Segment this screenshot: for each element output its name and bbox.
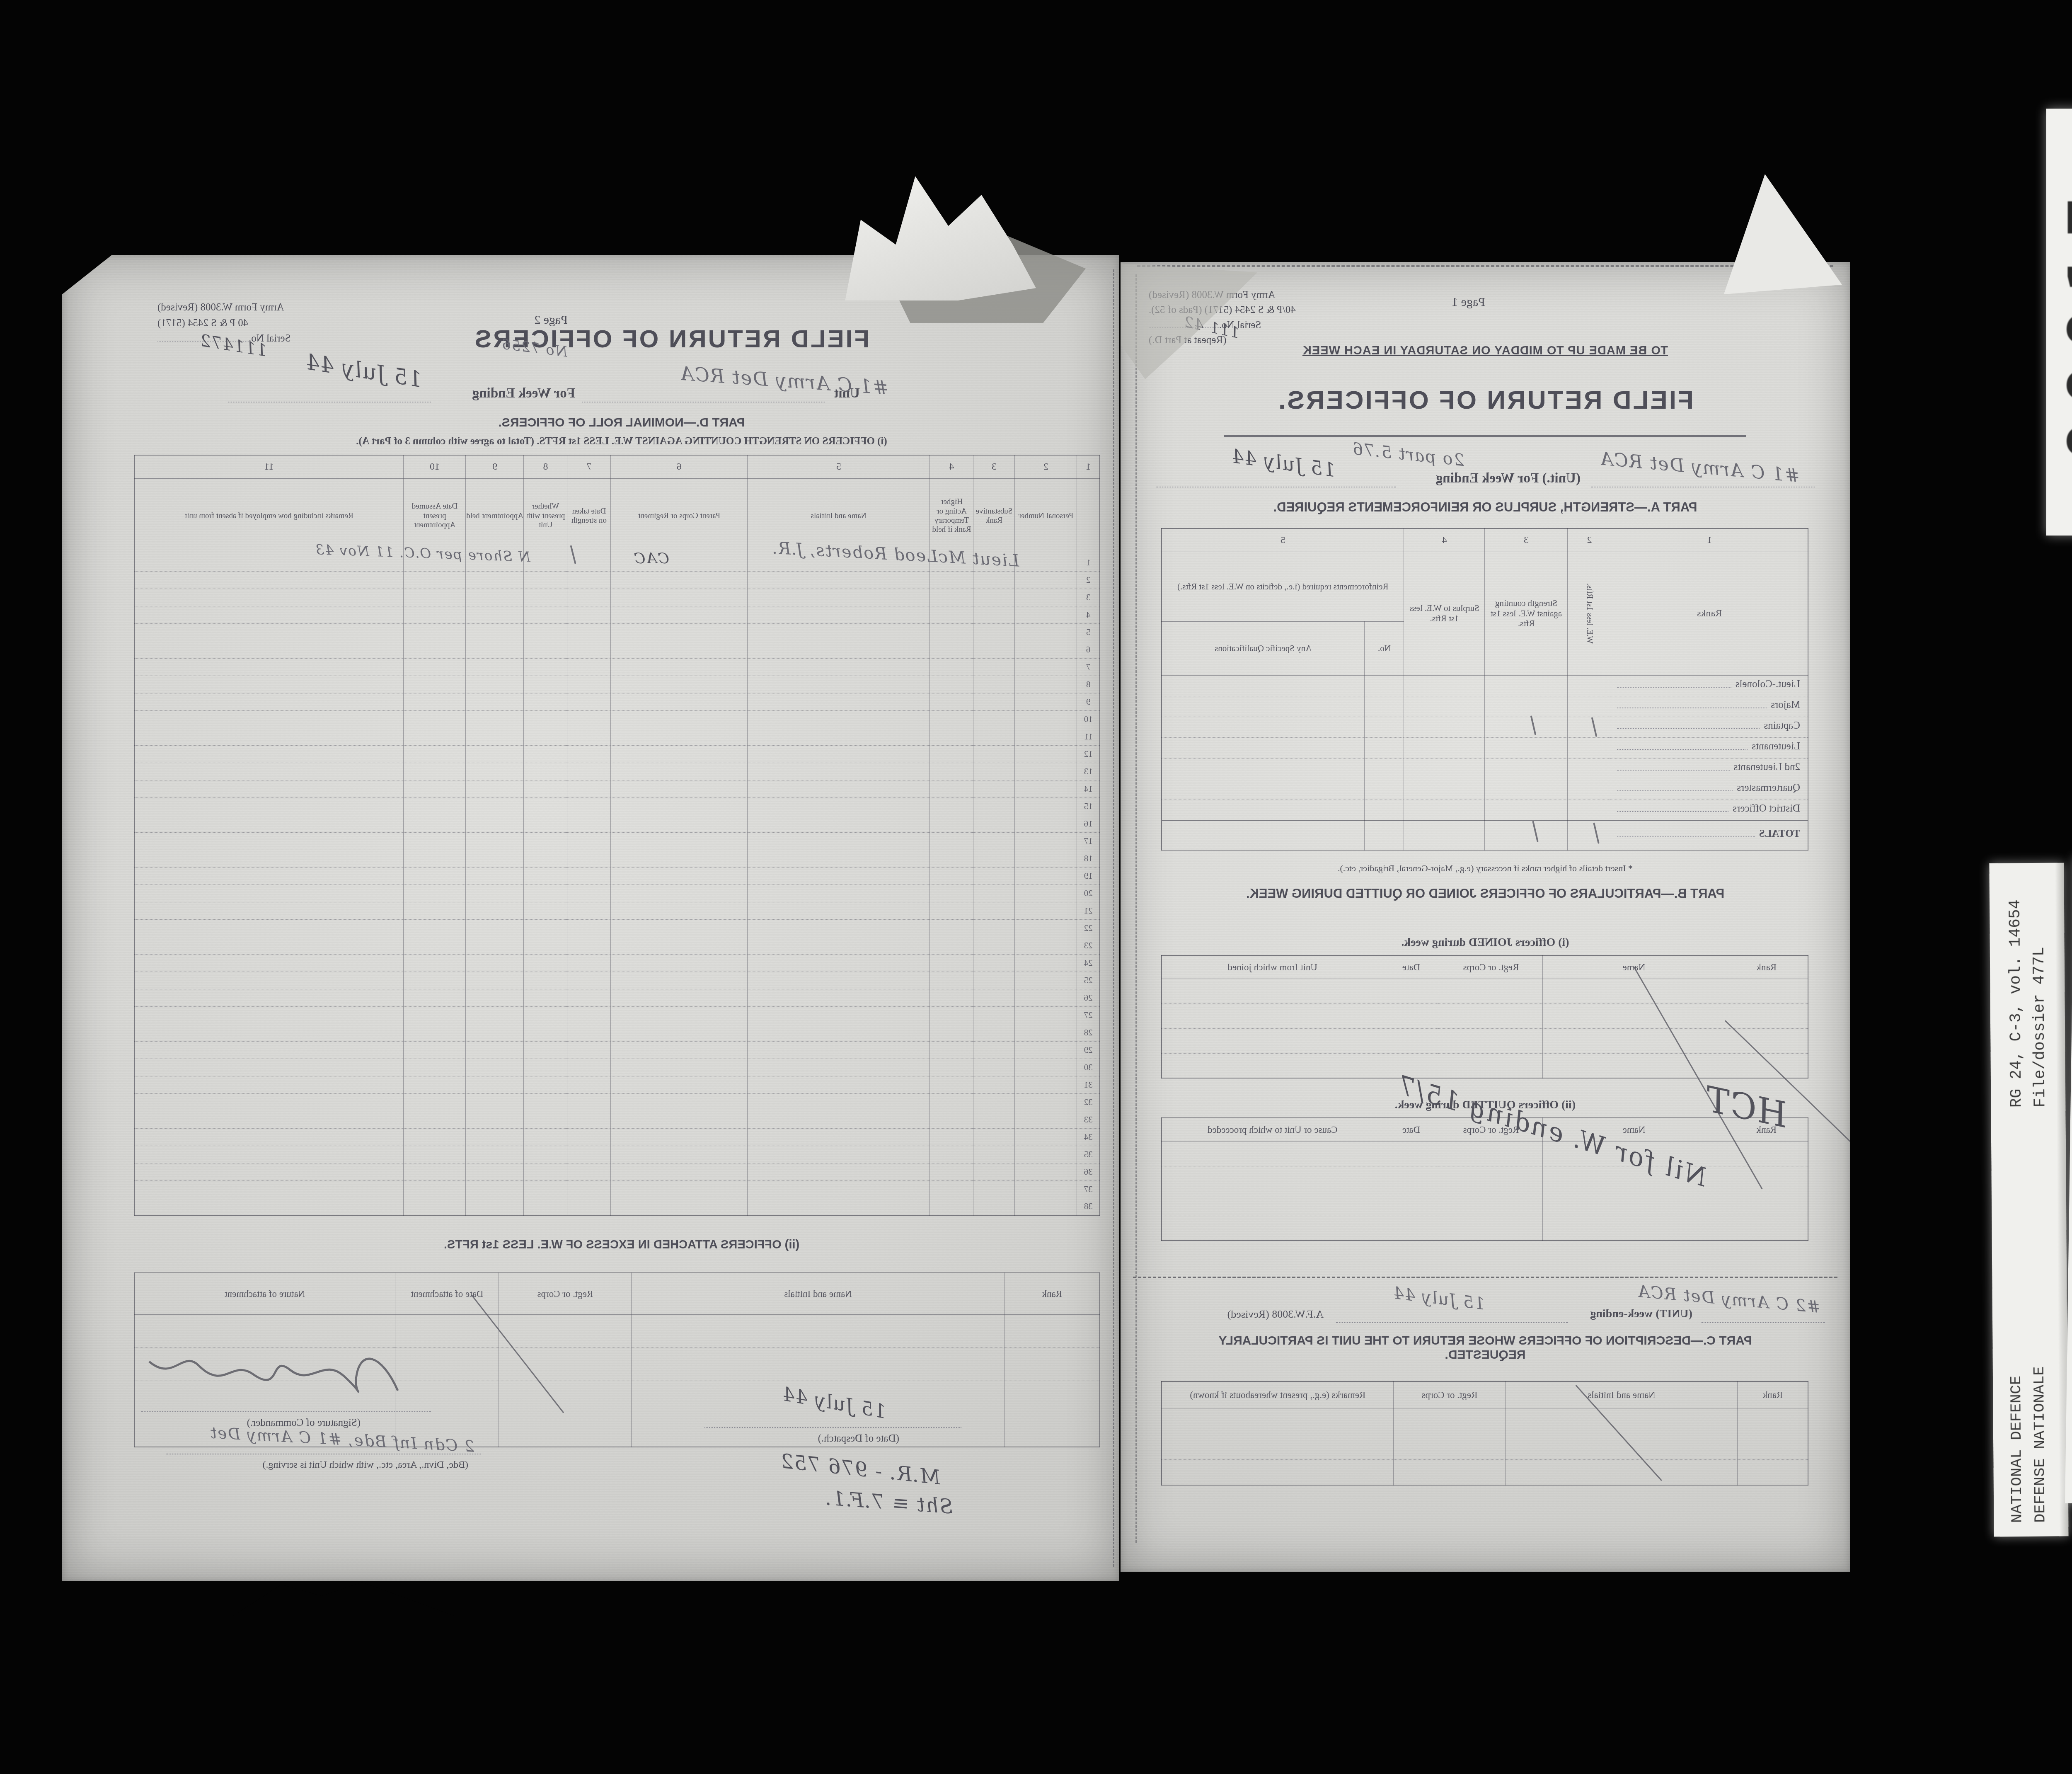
joined-empty-cell	[1439, 979, 1543, 1003]
joined-empty-cell	[1162, 1028, 1383, 1053]
partd-empty-cell	[567, 989, 611, 1006]
partd-empty-cell	[973, 1146, 1015, 1163]
partd-empty-cell	[134, 676, 404, 693]
partd-col-number: 7	[567, 455, 611, 478]
signature-dotted-line	[141, 1410, 431, 1412]
partd-empty-cell	[930, 1093, 973, 1111]
partd-row-number: 26	[1077, 989, 1100, 1006]
partd-empty-cell	[134, 745, 404, 763]
attached-header: Date of attachment	[395, 1273, 499, 1314]
partd-empty-cell	[567, 850, 611, 867]
partd-row-number: 3	[1077, 589, 1100, 606]
partd-empty-cell	[466, 780, 524, 797]
partc-empty-cell	[1506, 1408, 1738, 1434]
partd-empty-cell	[134, 937, 404, 954]
partd-col-number: 10	[404, 455, 466, 478]
partd-empty-cell	[466, 1180, 524, 1198]
parta-rank-label: Lieutenants	[1752, 741, 1800, 752]
partd-empty-cell	[1015, 1198, 1077, 1215]
partc-empty-cell	[1394, 1459, 1506, 1485]
partd-empty-cell	[930, 954, 973, 972]
partd-empty-cell	[404, 1059, 466, 1076]
partd-empty-cell	[748, 1076, 930, 1093]
partd-empty-cell	[404, 1146, 466, 1163]
partd-col-number: 9	[466, 455, 524, 478]
partd-empty-cell	[466, 658, 524, 676]
partd-empty-cell	[567, 1163, 611, 1180]
partd-empty-cell	[134, 1041, 404, 1059]
partd-empty-cell	[567, 589, 611, 606]
map-reference-handwriting: M.R. - 976 752	[779, 1449, 942, 1489]
partd-empty-cell	[524, 1146, 567, 1163]
partd-empty-cell	[134, 919, 404, 937]
parta-empty-cell	[1365, 675, 1404, 696]
partd-empty-cell	[524, 885, 567, 902]
partd-empty-cell	[404, 1024, 466, 1041]
partd-empty-cell	[404, 902, 466, 919]
parta-empty-cell	[1568, 737, 1611, 758]
partd-empty-cell	[404, 1198, 466, 1215]
partd-empty-cell	[930, 693, 973, 710]
parta-empty-cell	[1404, 737, 1485, 758]
partd-empty-cell	[748, 832, 930, 850]
formation-dotted-line	[166, 1453, 481, 1454]
partd-empty-cell	[404, 693, 466, 710]
partd-empty-cell	[973, 658, 1015, 676]
partd-empty-cell	[611, 989, 748, 1006]
parta-rank-cell: Majors	[1611, 696, 1808, 717]
partd-empty-cell	[567, 832, 611, 850]
quitted-empty-cell	[1162, 1166, 1383, 1191]
partd-empty-cell	[524, 919, 567, 937]
partd-empty-cell	[973, 972, 1015, 989]
partd-empty-cell	[748, 571, 930, 589]
partd-empty-cell	[466, 1059, 524, 1076]
partd-row-number: 17	[1077, 832, 1100, 850]
partd-empty-cell	[611, 1041, 748, 1059]
partd-empty-cell	[134, 1059, 404, 1076]
partd-row-number: 32	[1077, 1093, 1100, 1111]
partd-empty-cell	[930, 1024, 973, 1041]
partd-empty-cell	[611, 1146, 748, 1163]
partd-empty-cell	[524, 693, 567, 710]
parta-empty-cell	[1568, 717, 1611, 737]
part-a-heading: PART A.—STRENGTH, SURPLUS OR REINFORCEME…	[1154, 500, 1817, 515]
partd-empty-cell	[1015, 954, 1077, 972]
dossier-line: File/dossier 477L	[2027, 877, 2053, 1108]
partd-empty-cell	[973, 763, 1015, 780]
partd-empty-cell	[134, 885, 404, 902]
partd-empty-cell	[611, 676, 748, 693]
partd-empty-cell	[1015, 1163, 1077, 1180]
partd-empty-cell	[404, 832, 466, 850]
partd-empty-cell	[466, 850, 524, 867]
partd-empty-cell	[466, 885, 524, 902]
partd-empty-cell	[524, 1180, 567, 1198]
parta-header-no: No.	[1365, 621, 1404, 675]
partd-row-number: 27	[1077, 1006, 1100, 1024]
week-dotted-line	[1156, 486, 1396, 487]
partd-empty-cell	[1015, 989, 1077, 1006]
partd-empty-cell	[973, 1180, 1015, 1198]
attached-empty-cell	[1005, 1314, 1100, 1347]
partd-header: Whether present with Unit	[524, 478, 567, 554]
partd-empty-cell	[748, 1006, 930, 1024]
partd-empty-cell	[611, 1163, 748, 1180]
despatch-dotted-line	[704, 1426, 961, 1428]
partd-empty-cell	[466, 1198, 524, 1215]
partd-empty-cell	[930, 1163, 973, 1180]
partd-empty-cell	[1015, 867, 1077, 885]
partd-empty-cell	[404, 1180, 466, 1198]
partc-empty-cell	[1162, 1408, 1394, 1434]
partd-empty-cell	[466, 745, 524, 763]
parta-empty-cell	[1365, 717, 1404, 737]
partd-empty-cell	[1015, 1111, 1077, 1128]
partd-empty-cell	[524, 815, 567, 832]
partd-empty-cell	[1015, 623, 1077, 641]
parta-empty-cell	[1485, 696, 1568, 717]
joined-empty-cell	[1543, 979, 1725, 1003]
joined-empty-cell	[1383, 1003, 1439, 1028]
partd-row-number: 21	[1077, 902, 1100, 919]
partd-empty-cell	[404, 972, 466, 989]
partd-empty-cell	[973, 571, 1015, 589]
partc-empty-cell	[1394, 1434, 1506, 1459]
partc-header: Regt. or Corps	[1394, 1381, 1506, 1408]
partd-row-number: 14	[1077, 780, 1100, 797]
partd-empty-cell	[466, 867, 524, 885]
parta-header-strength: Strength counting against W.E. less 1st …	[1485, 552, 1568, 675]
form-page-1: Page 1 Army Form W.3008 (Revised) 40/P &…	[1121, 262, 1850, 1572]
partd-row-number: 35	[1077, 1146, 1100, 1163]
partc-empty-cell	[1162, 1459, 1394, 1485]
partd-empty-cell	[1015, 658, 1077, 676]
partd-empty-cell	[748, 1163, 930, 1180]
parta-empty-cell	[1485, 717, 1568, 737]
partd-empty-cell	[404, 797, 466, 815]
attached-header: Name and Initials	[632, 1273, 1005, 1314]
partd-empty-cell	[611, 780, 748, 797]
part-d-table: 1234567891011Personal NumberSubstantive …	[134, 455, 1100, 1216]
partd-empty-cell	[973, 867, 1015, 885]
partd-row-number: 7	[1077, 658, 1100, 676]
partd-empty-cell	[748, 693, 930, 710]
partd-empty-cell	[134, 641, 404, 658]
partd-empty-cell	[404, 1006, 466, 1024]
partd-empty-cell	[1015, 589, 1077, 606]
quitted-empty-cell	[1725, 1216, 1808, 1241]
partc-empty-cell	[1506, 1459, 1738, 1485]
page2-form-ref: Army Form W.3008 (Revised)	[157, 300, 290, 315]
partd-empty-cell	[524, 1024, 567, 1041]
partd-empty-cell	[567, 954, 611, 972]
partd-empty-cell	[404, 850, 466, 867]
partd-empty-cell	[524, 1076, 567, 1093]
partd-empty-cell	[466, 1146, 524, 1163]
partd-empty-cell	[1015, 1076, 1077, 1093]
partd-empty-cell	[748, 867, 930, 885]
partd-empty-cell	[973, 885, 1015, 902]
parta-empty-cell	[1485, 737, 1568, 758]
parta-empty-cell	[1568, 779, 1611, 800]
partd-header: Higher Acting or Temporary Rank if held	[930, 478, 973, 554]
partd-empty-cell	[567, 1111, 611, 1128]
torn-paper-flap	[841, 176, 1036, 301]
partc-empty-cell	[1738, 1459, 1808, 1485]
partd-empty-cell	[524, 745, 567, 763]
rg-line: RG 24, C-3, vol. 14654	[2004, 877, 2029, 1108]
partd-empty-cell	[930, 571, 973, 589]
parta-col-number: 4	[1404, 528, 1485, 552]
partd-empty-cell	[611, 867, 748, 885]
partd-empty-cell	[404, 1093, 466, 1111]
parta-empty-cell	[1162, 800, 1365, 820]
partd-empty-cell	[404, 954, 466, 972]
parta-empty-cell	[1365, 737, 1404, 758]
partd-empty-cell	[404, 937, 466, 954]
parta-empty-cell	[1162, 675, 1365, 696]
partd-row-number: 9	[1077, 693, 1100, 710]
quitted-empty-cell	[1439, 1166, 1543, 1191]
partd-empty-cell	[567, 728, 611, 745]
partd-empty-cell	[524, 710, 567, 728]
partd-empty-cell	[524, 728, 567, 745]
parta-empty-cell	[1404, 779, 1485, 800]
parta-rank-label: 2nd Lieutenants	[1734, 761, 1800, 773]
attached-empty-cell	[1005, 1381, 1100, 1414]
partd-empty-cell	[973, 937, 1015, 954]
partd-empty-cell	[930, 658, 973, 676]
joined-empty-cell	[1439, 1003, 1543, 1028]
partd-empty-cell	[1015, 1180, 1077, 1198]
partd-empty-cell	[930, 1180, 973, 1198]
partd-empty-cell	[567, 745, 611, 763]
partd-empty-cell	[611, 1093, 748, 1111]
map-sheet-handwriting: Sht ≡ 7.F.1.	[824, 1486, 954, 1519]
partd-empty-cell	[524, 780, 567, 797]
partd-empty-cell	[611, 658, 748, 676]
despatch-label: (Date of Despatch.)	[818, 1433, 899, 1444]
parta-empty-cell	[1485, 800, 1568, 820]
partd-empty-cell	[404, 676, 466, 693]
partd-empty-cell	[567, 623, 611, 641]
partd-empty-cell	[748, 1093, 930, 1111]
partd-empty-cell	[134, 850, 404, 867]
partd-empty-cell	[134, 832, 404, 850]
quitted-empty-cell	[1439, 1216, 1543, 1241]
officers-joined-label: (i) Officers JOINED during week.	[1174, 936, 1796, 949]
partd-header: Personal Number	[1015, 478, 1077, 554]
partd-empty-cell	[567, 1198, 611, 1215]
partd-empty-cell	[567, 919, 611, 937]
partd-empty-cell	[524, 972, 567, 989]
partd-header: Parent Corps or Regiment	[611, 478, 748, 554]
partd-empty-cell	[134, 972, 404, 989]
partd-row-number: 37	[1077, 1180, 1100, 1198]
partd-empty-cell	[466, 676, 524, 693]
joined-empty-cell	[1162, 979, 1383, 1003]
week-line-form-ref: A.F.W.3008 (Revised)	[1227, 1308, 1324, 1321]
joined-empty-cell	[1162, 1003, 1383, 1028]
partd-empty-cell	[973, 1076, 1015, 1093]
joined-empty-cell	[1439, 1028, 1543, 1053]
partd-empty-cell	[567, 937, 611, 954]
partd-empty-cell	[1015, 641, 1077, 658]
partd-empty-cell	[611, 693, 748, 710]
partd-empty-cell	[466, 693, 524, 710]
partd-empty-cell	[748, 780, 930, 797]
partd-empty-cell	[748, 589, 930, 606]
partd-row-number: 4	[1077, 606, 1100, 623]
partd-empty-cell	[930, 867, 973, 885]
parta-empty-cell	[1485, 779, 1568, 800]
partd-empty-cell	[134, 1128, 404, 1146]
partd-empty-cell	[524, 1093, 567, 1111]
quitted-empty-cell	[1383, 1216, 1439, 1241]
partd-empty-cell	[134, 1093, 404, 1111]
partd-row-number: 33	[1077, 1111, 1100, 1128]
partd-empty-cell	[134, 606, 404, 623]
partd-empty-cell	[748, 850, 930, 867]
partd-empty-cell	[134, 710, 404, 728]
quitted-empty-cell	[1725, 1191, 1808, 1216]
partd-empty-cell	[134, 1076, 404, 1093]
partd-empty-cell	[748, 710, 930, 728]
partd-empty-cell	[611, 815, 748, 832]
partd-empty-cell	[524, 606, 567, 623]
partd-empty-cell	[748, 815, 930, 832]
joined-empty-cell	[1439, 1053, 1543, 1078]
partd-empty-cell	[748, 745, 930, 763]
partd-empty-cell	[567, 867, 611, 885]
partd-empty-cell	[973, 815, 1015, 832]
partd-empty-cell	[567, 1093, 611, 1111]
frame-counter-box: 00017	[2046, 109, 2072, 536]
partd-empty-cell	[1015, 571, 1077, 589]
partd-empty-cell	[611, 710, 748, 728]
partd-empty-cell	[611, 954, 748, 972]
attached-empty-cell	[499, 1314, 632, 1347]
quitted-empty-cell	[1383, 1191, 1439, 1216]
attached-empty-cell	[499, 1381, 632, 1414]
partd-row-number: 25	[1077, 972, 1100, 989]
partd-empty-cell	[524, 641, 567, 658]
officers-quitted-table: RankNameRegt. or CorpsDateCause or Unit …	[1161, 1117, 1808, 1241]
joined-empty-cell	[1725, 1003, 1808, 1028]
partd-empty-cell	[524, 1128, 567, 1146]
quitted-header: Date	[1383, 1118, 1439, 1141]
parta-col-number: 5	[1162, 528, 1404, 552]
partd-empty-cell	[567, 658, 611, 676]
partd-empty-cell	[466, 1093, 524, 1111]
part-a-footnote: * Insert details of higher ranks if nece…	[1154, 863, 1817, 874]
partd-empty-cell	[404, 1041, 466, 1059]
partd-empty-cell	[466, 623, 524, 641]
attached-empty-cell	[499, 1347, 632, 1381]
partd-empty-cell	[611, 972, 748, 989]
partd-empty-cell	[1015, 728, 1077, 745]
partd-empty-cell	[973, 954, 1015, 972]
parta-rank-cell: District Officers	[1611, 800, 1808, 820]
partd-empty-cell	[1015, 1024, 1077, 1041]
parta-empty-cell	[1404, 758, 1485, 779]
partd-empty-cell	[134, 867, 404, 885]
parta-empty-cell	[1162, 737, 1365, 758]
partd-col-number: 8	[524, 455, 567, 478]
partd-empty-cell	[748, 1024, 930, 1041]
partd-row-number: 11	[1077, 728, 1100, 745]
parta-empty-cell	[1485, 820, 1568, 850]
partd-empty-cell	[748, 641, 930, 658]
partd-empty-cell	[1015, 937, 1077, 954]
partd-empty-cell	[134, 1163, 404, 1180]
partd-empty-cell	[466, 1111, 524, 1128]
partd-empty-cell	[748, 919, 930, 937]
joined-empty-cell	[1543, 1003, 1725, 1028]
partd-empty-cell	[134, 954, 404, 972]
partd-empty-cell	[567, 1180, 611, 1198]
partd-empty-cell	[404, 815, 466, 832]
partd-empty-cell	[930, 1198, 973, 1215]
partd-empty-cell	[611, 1059, 748, 1076]
partd-empty-cell	[524, 954, 567, 972]
partd-col-number: 4	[930, 455, 973, 478]
partd-row-number: 1	[1077, 554, 1100, 571]
parta-totals-label: TOTALS	[1759, 828, 1800, 840]
partd-row-number: 18	[1077, 850, 1100, 867]
week-line-date-handwriting: 15 July 44	[1392, 1283, 1486, 1314]
partd-empty-cell	[404, 589, 466, 606]
partd-empty-cell	[524, 763, 567, 780]
partd-empty-cell	[404, 919, 466, 937]
partd-empty-cell	[1015, 919, 1077, 937]
partd-empty-cell	[524, 797, 567, 815]
partc-empty-cell	[1738, 1434, 1808, 1459]
parta-empty-cell	[1162, 717, 1365, 737]
page1-notice: TO BE MADE UP TO MIDDAY ON SATURDAY IN E…	[1174, 344, 1796, 358]
partd-empty-cell	[973, 780, 1015, 797]
title-rule	[1224, 435, 1746, 437]
partd-empty-cell	[973, 745, 1015, 763]
part-c-heading: PART C.—DESCRIPTION OF OFFICERS WHOSE RE…	[1195, 1334, 1775, 1362]
partd-empty-cell	[748, 885, 930, 902]
partd-empty-cell	[524, 658, 567, 676]
partd-empty-cell	[567, 780, 611, 797]
microfilm-frame: Page 2 Army Form W.3008 (Revised) 40 P &…	[0, 0, 2072, 1774]
partd-empty-cell	[1015, 1059, 1077, 1076]
part-d-subheading: (i) OFFICERS ON STRENGTH COUNTING AGAINS…	[174, 436, 1069, 447]
parta-rank-label: Lieut.-Colonels	[1736, 679, 1800, 690]
parta-empty-cell	[1365, 696, 1404, 717]
parta-rank-label: District Officers	[1733, 803, 1800, 814]
partd-col-number: 1	[1077, 455, 1100, 478]
quitted-empty-cell	[1543, 1191, 1725, 1216]
page2-pads-ref: 40 P & S 2454 (5171)	[157, 315, 290, 331]
partd-row-number: 20	[1077, 885, 1100, 902]
unit2-dotted-line	[1701, 1321, 1825, 1323]
partd-empty-cell	[567, 710, 611, 728]
partd-empty-cell	[748, 728, 930, 745]
partd-empty-cell	[973, 1041, 1015, 1059]
week2-dotted-line	[1336, 1321, 1568, 1323]
parta-empty-cell	[1162, 758, 1365, 779]
parta-empty-cell	[1485, 758, 1568, 779]
partd-empty-cell	[748, 763, 930, 780]
partd-empty-cell	[973, 1093, 1015, 1111]
joined-empty-cell	[1543, 1028, 1725, 1053]
partd-empty-cell	[973, 919, 1015, 937]
